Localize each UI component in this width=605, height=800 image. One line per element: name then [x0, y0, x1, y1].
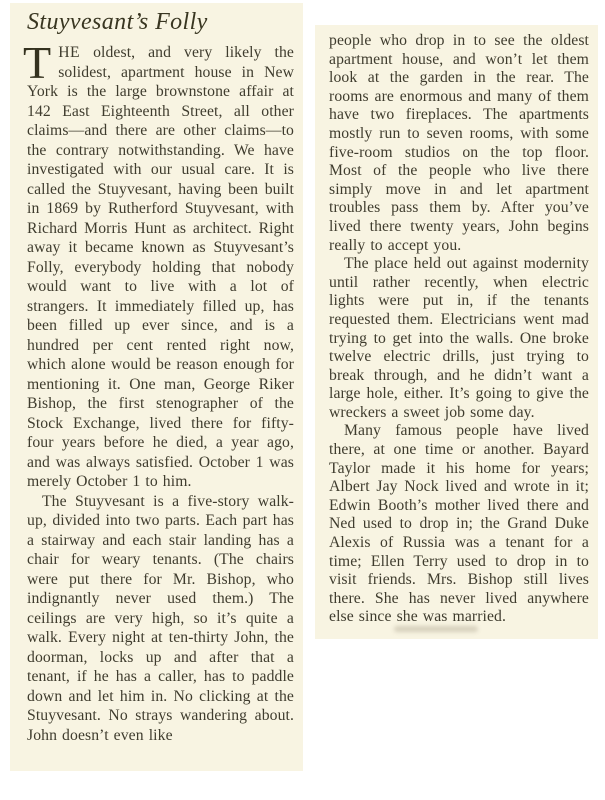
drop-cap-letter: T: [23, 43, 58, 80]
paragraph-famous-residents: Many famous people have lived there, at …: [329, 422, 589, 627]
lead-capitals: HE: [58, 44, 80, 61]
paragraph-walkup: The Stuyvesant is a five-story walk-up, …: [27, 492, 294, 746]
scanned-article-page: Stuyvesant’s Folly THE oldest, and very …: [0, 0, 605, 800]
paragraph-modernity: The place held out against modernity unt…: [329, 255, 589, 422]
opening-paragraph: THE oldest, and very likely the solidest…: [27, 43, 294, 492]
left-column: Stuyvesant’s Folly THE oldest, and very …: [10, 3, 303, 771]
ink-bleed-smudge: [394, 626, 478, 632]
paragraph-walkup-continued: people who drop in to see the oldest apa…: [329, 32, 589, 255]
article-title: Stuyvesant’s Folly: [27, 8, 294, 36]
right-column: people who drop in to see the oldest apa…: [315, 25, 598, 639]
opening-paragraph-text: oldest, and very likely the solidest, ap…: [27, 44, 294, 490]
